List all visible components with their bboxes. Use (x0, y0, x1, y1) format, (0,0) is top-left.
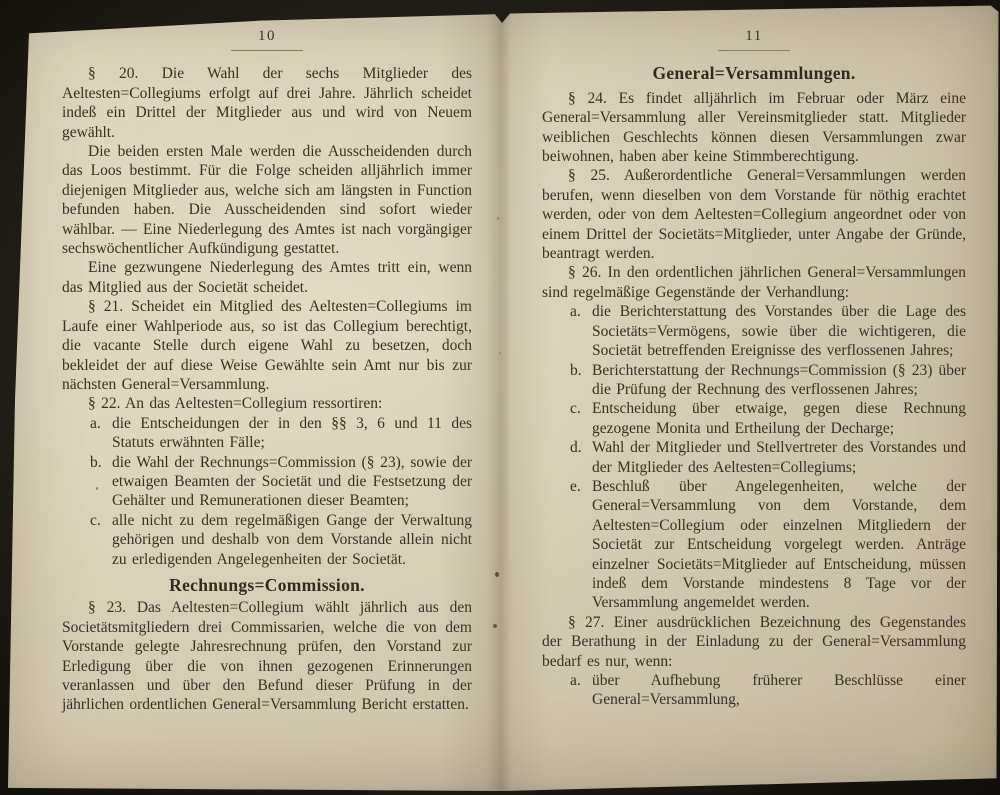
paragraph-26-intro: § 26. In den ordentlichen jährlichen Gen… (542, 263, 966, 302)
list-text: die Entscheidungen der in den §§ 3, 6 un… (112, 414, 472, 453)
page-number-left: 10 (231, 27, 303, 51)
section-heading-rechnungs-commission: Rechnungs=Commission. (62, 576, 472, 595)
list-section-26: a. die Berichterstattung des Vorstandes … (542, 302, 966, 613)
paragraph-20: § 20. Die Wahl der sechs Mitglieder des … (62, 64, 472, 142)
photo-background: 10 § 20. Die Wahl der sechs Mitglieder d… (0, 0, 1000, 795)
list-marker: d. (570, 438, 592, 477)
list-item: b. die Wahl der Rechnungs=Commission (§ … (62, 453, 472, 511)
list-text: die Wahl der Rechnungs=Commission (§ 23)… (112, 453, 472, 511)
paragraph-20c: Eine gezwungene Niederlegung des Amtes t… (62, 258, 472, 297)
page-number-left-wrap: 10 (62, 26, 472, 51)
list-item: c. Entscheidung über etwaige, gegen dies… (542, 399, 966, 438)
list-text: Berichterstattung der Rechnungs=Commissi… (592, 361, 966, 400)
list-marker: a. (570, 302, 592, 360)
paragraph-23: § 23. Das Aeltesten=Collegium wählt jähr… (62, 598, 472, 714)
page-number-right-wrap: 11 (542, 26, 966, 51)
list-text: Beschluß über Angelegenheiten, welche de… (592, 477, 966, 613)
list-item: d. Wahl der Mitglieder und Stellvertrete… (542, 438, 966, 477)
paragraph-25: § 25. Außerordentliche General=Versammlu… (542, 166, 966, 263)
list-item: a. die Berichterstattung des Vorstandes … (542, 302, 966, 360)
list-marker: c. (570, 399, 592, 438)
paragraph-20b: Die beiden ersten Male werden die Aussch… (62, 142, 472, 258)
list-text: Entscheidung über etwaige, gegen diese R… (592, 399, 966, 438)
list-marker: e. (570, 477, 592, 613)
list-section-22: a. die Entscheidungen der in den §§ 3, 6… (62, 414, 472, 569)
page-right: 11 General=Versammlungen. § 24. Es finde… (542, 26, 966, 710)
page-number-right: 11 (718, 27, 789, 51)
paragraph-21: § 21. Scheidet ein Mitglied des Aelteste… (62, 297, 472, 394)
page-left: 10 § 20. Die Wahl der sechs Mitglieder d… (62, 26, 472, 715)
book-spread: 10 § 20. Die Wahl der sechs Mitglieder d… (0, 0, 1000, 795)
paper-fiber-speck (497, 217, 499, 220)
list-section-27: a. über Aufhebung früherer Beschlüsse ei… (542, 671, 966, 710)
paper-fiber-speck (499, 352, 501, 354)
foxing-spot (493, 624, 497, 628)
list-text: über Aufhebung früherer Beschlüsse einer… (592, 671, 966, 710)
list-item: e. Beschluß über Angelegenheiten, welche… (542, 477, 966, 613)
list-marker: b. (90, 453, 112, 511)
paragraph-24: § 24. Es findet alljährlich im Februar o… (542, 89, 966, 167)
foxing-spot (495, 572, 499, 577)
list-text: die Berichterstattung des Vorstandes übe… (592, 302, 966, 360)
list-text: Wahl der Mitglieder und Stellvertreter d… (592, 438, 966, 477)
paragraph-27-intro: § 27. Einer ausdrücklichen Bezeichnung d… (542, 613, 966, 671)
list-marker: a. (570, 671, 592, 710)
list-item: c. alle nicht zu dem regelmäßigen Gange … (62, 511, 472, 569)
paragraph-22-intro: § 22. An das Aeltesten=Collegium ressort… (62, 394, 472, 413)
list-text: alle nicht zu dem regelmäßigen Gange der… (112, 511, 472, 569)
list-item: b. Berichterstattung der Rechnungs=Commi… (542, 361, 966, 400)
section-heading-general-versammlungen: General=Versammlungen. (542, 64, 966, 83)
list-marker: c. (90, 511, 112, 569)
list-marker: a. (90, 414, 112, 453)
list-item: a. über Aufhebung früherer Beschlüsse ei… (542, 671, 966, 710)
list-item: a. die Entscheidungen der in den §§ 3, 6… (62, 414, 472, 453)
list-marker: b. (570, 361, 592, 400)
